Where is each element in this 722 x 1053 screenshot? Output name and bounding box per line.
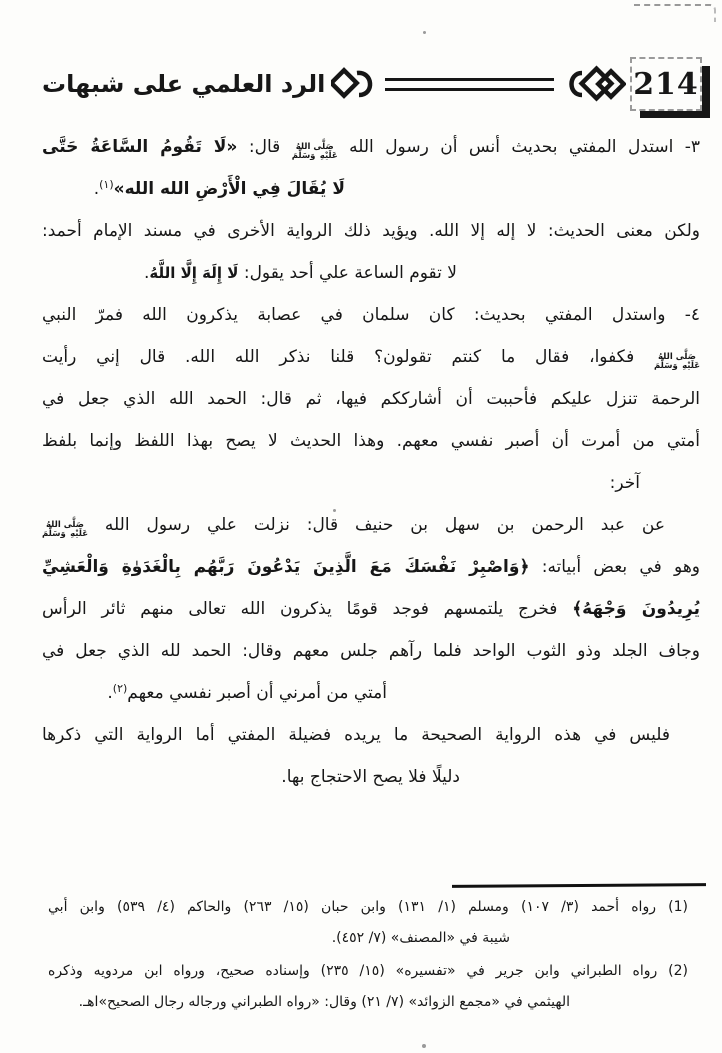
ornament-knot-icon [560, 65, 626, 103]
book-page: 214 الرد العلمي على شبهات ٣- استدل المفت… [0, 0, 722, 1053]
salla-calligraphy: صَلَّى اللهُ عَلَيْهِ وَسَلَّمَ [292, 143, 338, 161]
salla-calligraphy: صَلَّى اللهُ عَلَيْهِ وَسَلَّمَ [42, 521, 88, 539]
text-line: عن عبد الرحمن بن سهل بن حنيف قال: نزلت ع… [42, 504, 700, 546]
text-line: فليس في هذه الرواية الصحيحة ما يريده فضي… [42, 714, 700, 756]
body-text: دليلًا فلا يصح الاحتجاج بها. [281, 767, 460, 787]
body-text: أمتي من أمرني أن أصبر نفسي معهم [127, 683, 387, 703]
body-text: وهو في بعض أبياته: [542, 557, 700, 577]
text-line: الرحمة تنزل عليكم فأحببت أن أشارككم فيها… [42, 378, 700, 420]
scan-speck [333, 509, 336, 512]
body-text: الرحمة تنزل عليكم فأحببت أن أشارككم فيها… [42, 389, 700, 409]
scan-edge-artifact [634, 4, 716, 22]
footnote-line: الهيثمي في «مجمع الزوائد» (٧/ ٢١) وقال: … [48, 987, 570, 1018]
page-number: 214 [633, 67, 699, 102]
book-title: الرد العلمي على شبهات [42, 70, 325, 98]
body-text: عن عبد الرحمن بن سهل بن حنيف قال: نزلت ع… [105, 515, 665, 535]
body-text: فكفوا، فقال ما كنتم تقولون؟ قلنا نذكر ال… [42, 347, 634, 367]
footnote-text: الهيثمي في «مجمع الزوائد» (٧/ ٢١) وقال: … [79, 994, 570, 1010]
footnote-text: (1) رواه أحمد (٣/ ١٠٧) ومسلم (١/ ١٣١) وا… [48, 899, 688, 915]
paragraph-4: ٤- واستدل المفتي بحديث: كان سلمان في عصا… [42, 294, 700, 504]
text-line: يُرِيدُونَ وَجْهَهُ﴾ فخرج يلتمسهم فوجد ق… [42, 588, 700, 630]
text-line: آخر: [42, 462, 640, 504]
quran-verse: يُرِيدُونَ وَجْهَهُ﴾ [572, 599, 700, 619]
shahada-calligraphy: لَا إِلَهَ إِلَّا اللَّهُ [149, 264, 238, 282]
scan-speck [423, 31, 426, 34]
body-text: آخر: [610, 473, 640, 493]
paragraph-3: ٣- استدل المفتي بحديث أنس أن رسول الله ص… [42, 126, 700, 210]
salla-calligraphy: صَلَّى اللهُ عَلَيْهِ وَسَلَّمَ [654, 353, 700, 371]
body-text: ٤- واستدل المفتي بحديث: كان سلمان في عصا… [42, 305, 700, 325]
footnote-separator [452, 883, 706, 888]
text-line: صَلَّى اللهُ عَلَيْهِ وَسَلَّمَ فكفوا، ف… [42, 336, 700, 378]
footnote-line: (2) رواه الطبراني وابن جرير في «تفسيره» … [48, 956, 688, 987]
body-text: ولكن معنى الحديث: لا إله إلا الله. ويؤيد… [42, 221, 700, 241]
footnote-ref: (١) [99, 178, 114, 191]
footnote-line: شيبة في «المصنف» (٧/ ٤٥٢). [48, 923, 510, 954]
body-text: فخرج يلتمسهم فوجد قومًا يذكرون الله تعال… [42, 599, 557, 619]
body-text: ٣- استدل المفتي بحديث أنس أن رسول الله [349, 137, 700, 157]
paragraph-narration: عن عبد الرحمن بن سهل بن حنيف قال: نزلت ع… [42, 504, 700, 714]
footnote-line: (1) رواه أحمد (٣/ ١٠٧) ومسلم (١/ ١٣١) وا… [48, 892, 688, 923]
text-line: وجاف الجلد وذو الثوب الواحد فلما رآهم جل… [42, 630, 700, 672]
text-line: وهو في بعض أبياته: ﴿وَاصْبِرْ نَفْسَكَ م… [42, 546, 700, 588]
text-line: لا تقوم الساعة علي أحد يقول: لَا إِلَهَ … [42, 252, 457, 294]
hadith-text: «لَا تَقُومُ السَّاعَةُ حَتَّى [42, 137, 237, 157]
text-line: ٣- استدل المفتي بحديث أنس أن رسول الله ص… [42, 126, 700, 168]
body-text: قال: [249, 137, 280, 157]
page-number-box: 214 [630, 57, 702, 111]
text-line: ولكن معنى الحديث: لا إله إلا الله. ويؤيد… [42, 210, 700, 252]
paragraph-conclusion: فليس في هذه الرواية الصحيحة ما يريده فضي… [42, 714, 700, 798]
text-line: أمتي من أمرت أن أصبر نفسي معهم. وهذا الح… [42, 420, 700, 462]
footnote-ref: (٢) [113, 682, 128, 695]
text-line: ٤- واستدل المفتي بحديث: كان سلمان في عصا… [42, 294, 700, 336]
text-line: دليلًا فلا يصح الاحتجاج بها. [42, 756, 460, 798]
text-line: لَا يُقَالَ فِي الْأَرْضِ الله الله»(١). [42, 168, 345, 210]
footnote-text: (2) رواه الطبراني وابن جرير في «تفسيره» … [48, 963, 688, 979]
body-text: فليس في هذه الرواية الصحيحة ما يريده فضي… [42, 725, 670, 745]
footnote-text: شيبة في «المصنف» (٧/ ٤٥٢). [332, 930, 510, 946]
ornament-rule [385, 78, 554, 91]
body-text: لا تقوم الساعة علي أحد يقول: [244, 263, 457, 283]
footnote-2: (2) رواه الطبراني وابن جرير في «تفسيره» … [48, 956, 688, 1018]
body-text: أمتي من أمرت أن أصبر نفسي معهم. وهذا الح… [42, 431, 700, 451]
scan-speck [422, 1044, 426, 1048]
text-line: أمتي من أمرني أن أصبر نفسي معهم(٢). [42, 672, 387, 714]
page-header: 214 الرد العلمي على شبهات [42, 52, 702, 116]
footnote-1: (1) رواه أحمد (٣/ ١٠٧) ومسلم (١/ ١٣١) وا… [48, 892, 688, 954]
ornament-knot-icon [331, 67, 379, 101]
body-text: وجاف الجلد وذو الثوب الواحد فلما رآهم جل… [42, 641, 700, 661]
paragraph-commentary: ولكن معنى الحديث: لا إله إلا الله. ويؤيد… [42, 210, 700, 294]
hadith-text: لَا يُقَالَ فِي الْأَرْضِ الله الله» [114, 179, 345, 199]
quran-verse: ﴿وَاصْبِرْ نَفْسَكَ مَعَ الَّذِينَ يَدْع… [42, 557, 529, 577]
